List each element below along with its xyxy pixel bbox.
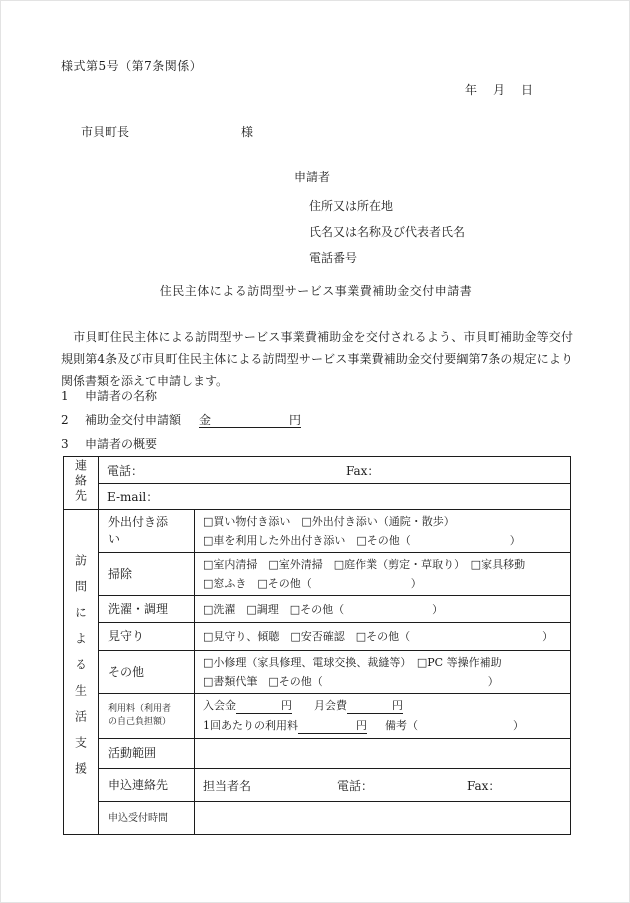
activity-area-cell xyxy=(195,739,571,769)
item-2: 2補助金交付申請額金円 xyxy=(61,411,301,428)
outing-options-cell: □買い物付き添い □外出付き添い（通院・散歩） □車を利用した外出付き添い □そ… xyxy=(195,510,571,553)
contact-person-label: 担当者名 xyxy=(203,777,337,794)
remarks-label: 備考（ xyxy=(385,719,418,732)
cleaning-options-cell: □室内清掃 □室外清掃 □庭作業（剪定・草取り） □家具移動 □窓ふき □その他… xyxy=(195,553,571,596)
contact-group-label: 連絡先 xyxy=(73,459,90,504)
per-visit-fee-label: 1回あたりの利用料 xyxy=(203,719,298,732)
item-1-label: 申請者の名称 xyxy=(85,389,157,403)
monthly-fee-blank: 円 xyxy=(347,699,403,714)
amount-suffix: 円 xyxy=(289,413,301,427)
addressee-line: 市貝町長様 xyxy=(81,123,253,140)
item-2-label: 補助金交付申請額 xyxy=(85,413,181,427)
row-label-watching: 見守り xyxy=(99,623,195,651)
row-label-outing: 外出付き添い xyxy=(99,510,195,553)
row-label-reception-hours: 申込受付時間 xyxy=(99,802,195,835)
amount-blank-field: 金円 xyxy=(199,413,301,428)
yen-label: 円 xyxy=(356,719,367,732)
applicant-name-label: 氏名又は名称及び代表者氏名 xyxy=(309,219,465,245)
apply-phone-label: 電話： xyxy=(337,777,467,794)
applicant-overview-table: 連絡先 電話：Fax： E-mail： 訪問による生活支援 外出付き添い □買い… xyxy=(63,456,571,835)
item-1-number: 1 xyxy=(61,389,85,403)
applicant-address-label: 住所又は所在地 xyxy=(309,193,465,219)
monthly-fee-label: 月会費 xyxy=(314,699,347,712)
form-number: 様式第5号（第7条関係） xyxy=(61,57,202,74)
email-label: E-mail： xyxy=(107,490,158,504)
honorific: 様 xyxy=(241,125,253,139)
fill-blank xyxy=(347,703,392,713)
fill-blank xyxy=(418,726,513,736)
fee-line-1: 入会金円月会費円 xyxy=(203,696,564,716)
fill-blank xyxy=(211,417,289,427)
per-visit-fee-blank: 円 xyxy=(298,719,367,734)
applicant-label: 申請者 xyxy=(294,168,330,185)
item-1: 1申請者の名称 xyxy=(61,387,157,404)
contact-group-header: 連絡先 xyxy=(64,457,99,510)
other-options-cell: □小修理（家具修理、電球交換、裁縫等） □PC 等操作補助 □書類代筆 □その他… xyxy=(195,651,571,694)
item-3-number: 3 xyxy=(61,437,85,451)
admission-fee-blank: 円 xyxy=(236,699,292,714)
row-label-laundry-cooking: 洗濯・調理 xyxy=(99,596,195,623)
fill-blank xyxy=(298,723,356,733)
amount-prefix: 金 xyxy=(199,413,211,427)
form-page: 様式第5号（第7条関係） 年 月 日 市貝町長様 申請者 住所又は所在地 氏名又… xyxy=(0,0,630,903)
yen-label: 円 xyxy=(392,699,403,712)
row-label-fee: 利用料（利用者の自己負担額） xyxy=(99,694,195,739)
service-group-header: 訪問による生活支援 xyxy=(64,510,99,835)
row-label-cleaning: 掃除 xyxy=(99,553,195,596)
row-label-apply-contact: 申込連絡先 xyxy=(99,769,195,802)
fee-cell: 入会金円月会費円 1回あたりの利用料円備考（） xyxy=(195,694,571,739)
laundry-options-cell: □洗濯 □調理 □その他（ ） xyxy=(195,596,571,623)
service-group-label: 訪問による生活支援 xyxy=(73,554,90,788)
service-options-line: □窓ふき □その他（ ） xyxy=(203,574,564,593)
apply-contact-cell: 担当者名電話：Fax： xyxy=(195,769,571,802)
reception-hours-cell xyxy=(195,802,571,835)
service-options-line: □書類代筆 □その他（ ） xyxy=(203,672,564,691)
addressee: 市貝町長 xyxy=(81,125,129,139)
item-3: 3申請者の概要 xyxy=(61,435,157,452)
date-line: 年 月 日 xyxy=(465,81,535,98)
email-cell: E-mail： xyxy=(99,484,571,510)
phone-fax-cell: 電話：Fax： xyxy=(99,457,571,484)
service-options-line: □洗濯 □調理 □その他（ ） xyxy=(203,600,564,619)
applicant-phone-label: 電話番号 xyxy=(309,245,465,271)
admission-fee-label: 入会金 xyxy=(203,699,236,712)
service-options-line: □見守り、傾聴 □安否確認 □その他（ ） xyxy=(203,627,564,646)
yen-label: 円 xyxy=(281,699,292,712)
service-options-line: □室内清掃 □室外清掃 □庭作業（剪定・草取り） □家具移動 xyxy=(203,555,564,574)
row-label-activity-area: 活動範囲 xyxy=(99,739,195,769)
phone-label: 電話： xyxy=(107,462,346,479)
service-options-line: □車を利用した外出付き添い □その他（ ） xyxy=(203,531,564,550)
document-title: 住民主体による訪問型サービス事業費補助金交付申請書 xyxy=(1,282,630,299)
service-options-line: □小修理（家具修理、電球交換、裁縫等） □PC 等操作補助 xyxy=(203,653,564,672)
fax-label: Fax： xyxy=(346,464,379,478)
item-3-label: 申請者の概要 xyxy=(85,437,157,451)
fee-line-2: 1回あたりの利用料円備考（） xyxy=(203,716,564,736)
fill-blank xyxy=(236,703,281,713)
remarks-close: ） xyxy=(513,719,524,732)
watching-options-cell: □見守り、傾聴 □安否確認 □その他（ ） xyxy=(195,623,571,651)
service-options-line: □買い物付き添い □外出付き添い（通院・散歩） xyxy=(203,512,564,531)
item-2-number: 2 xyxy=(61,413,85,427)
intro-paragraph: 市貝町住民主体による訪問型サービス事業費補助金を交付されるよう、市貝町補助金等交… xyxy=(61,326,573,392)
applicant-fields: 住所又は所在地 氏名又は名称及び代表者氏名 電話番号 xyxy=(309,193,465,271)
apply-fax-label: Fax： xyxy=(467,779,500,793)
row-label-other: その他 xyxy=(99,651,195,694)
